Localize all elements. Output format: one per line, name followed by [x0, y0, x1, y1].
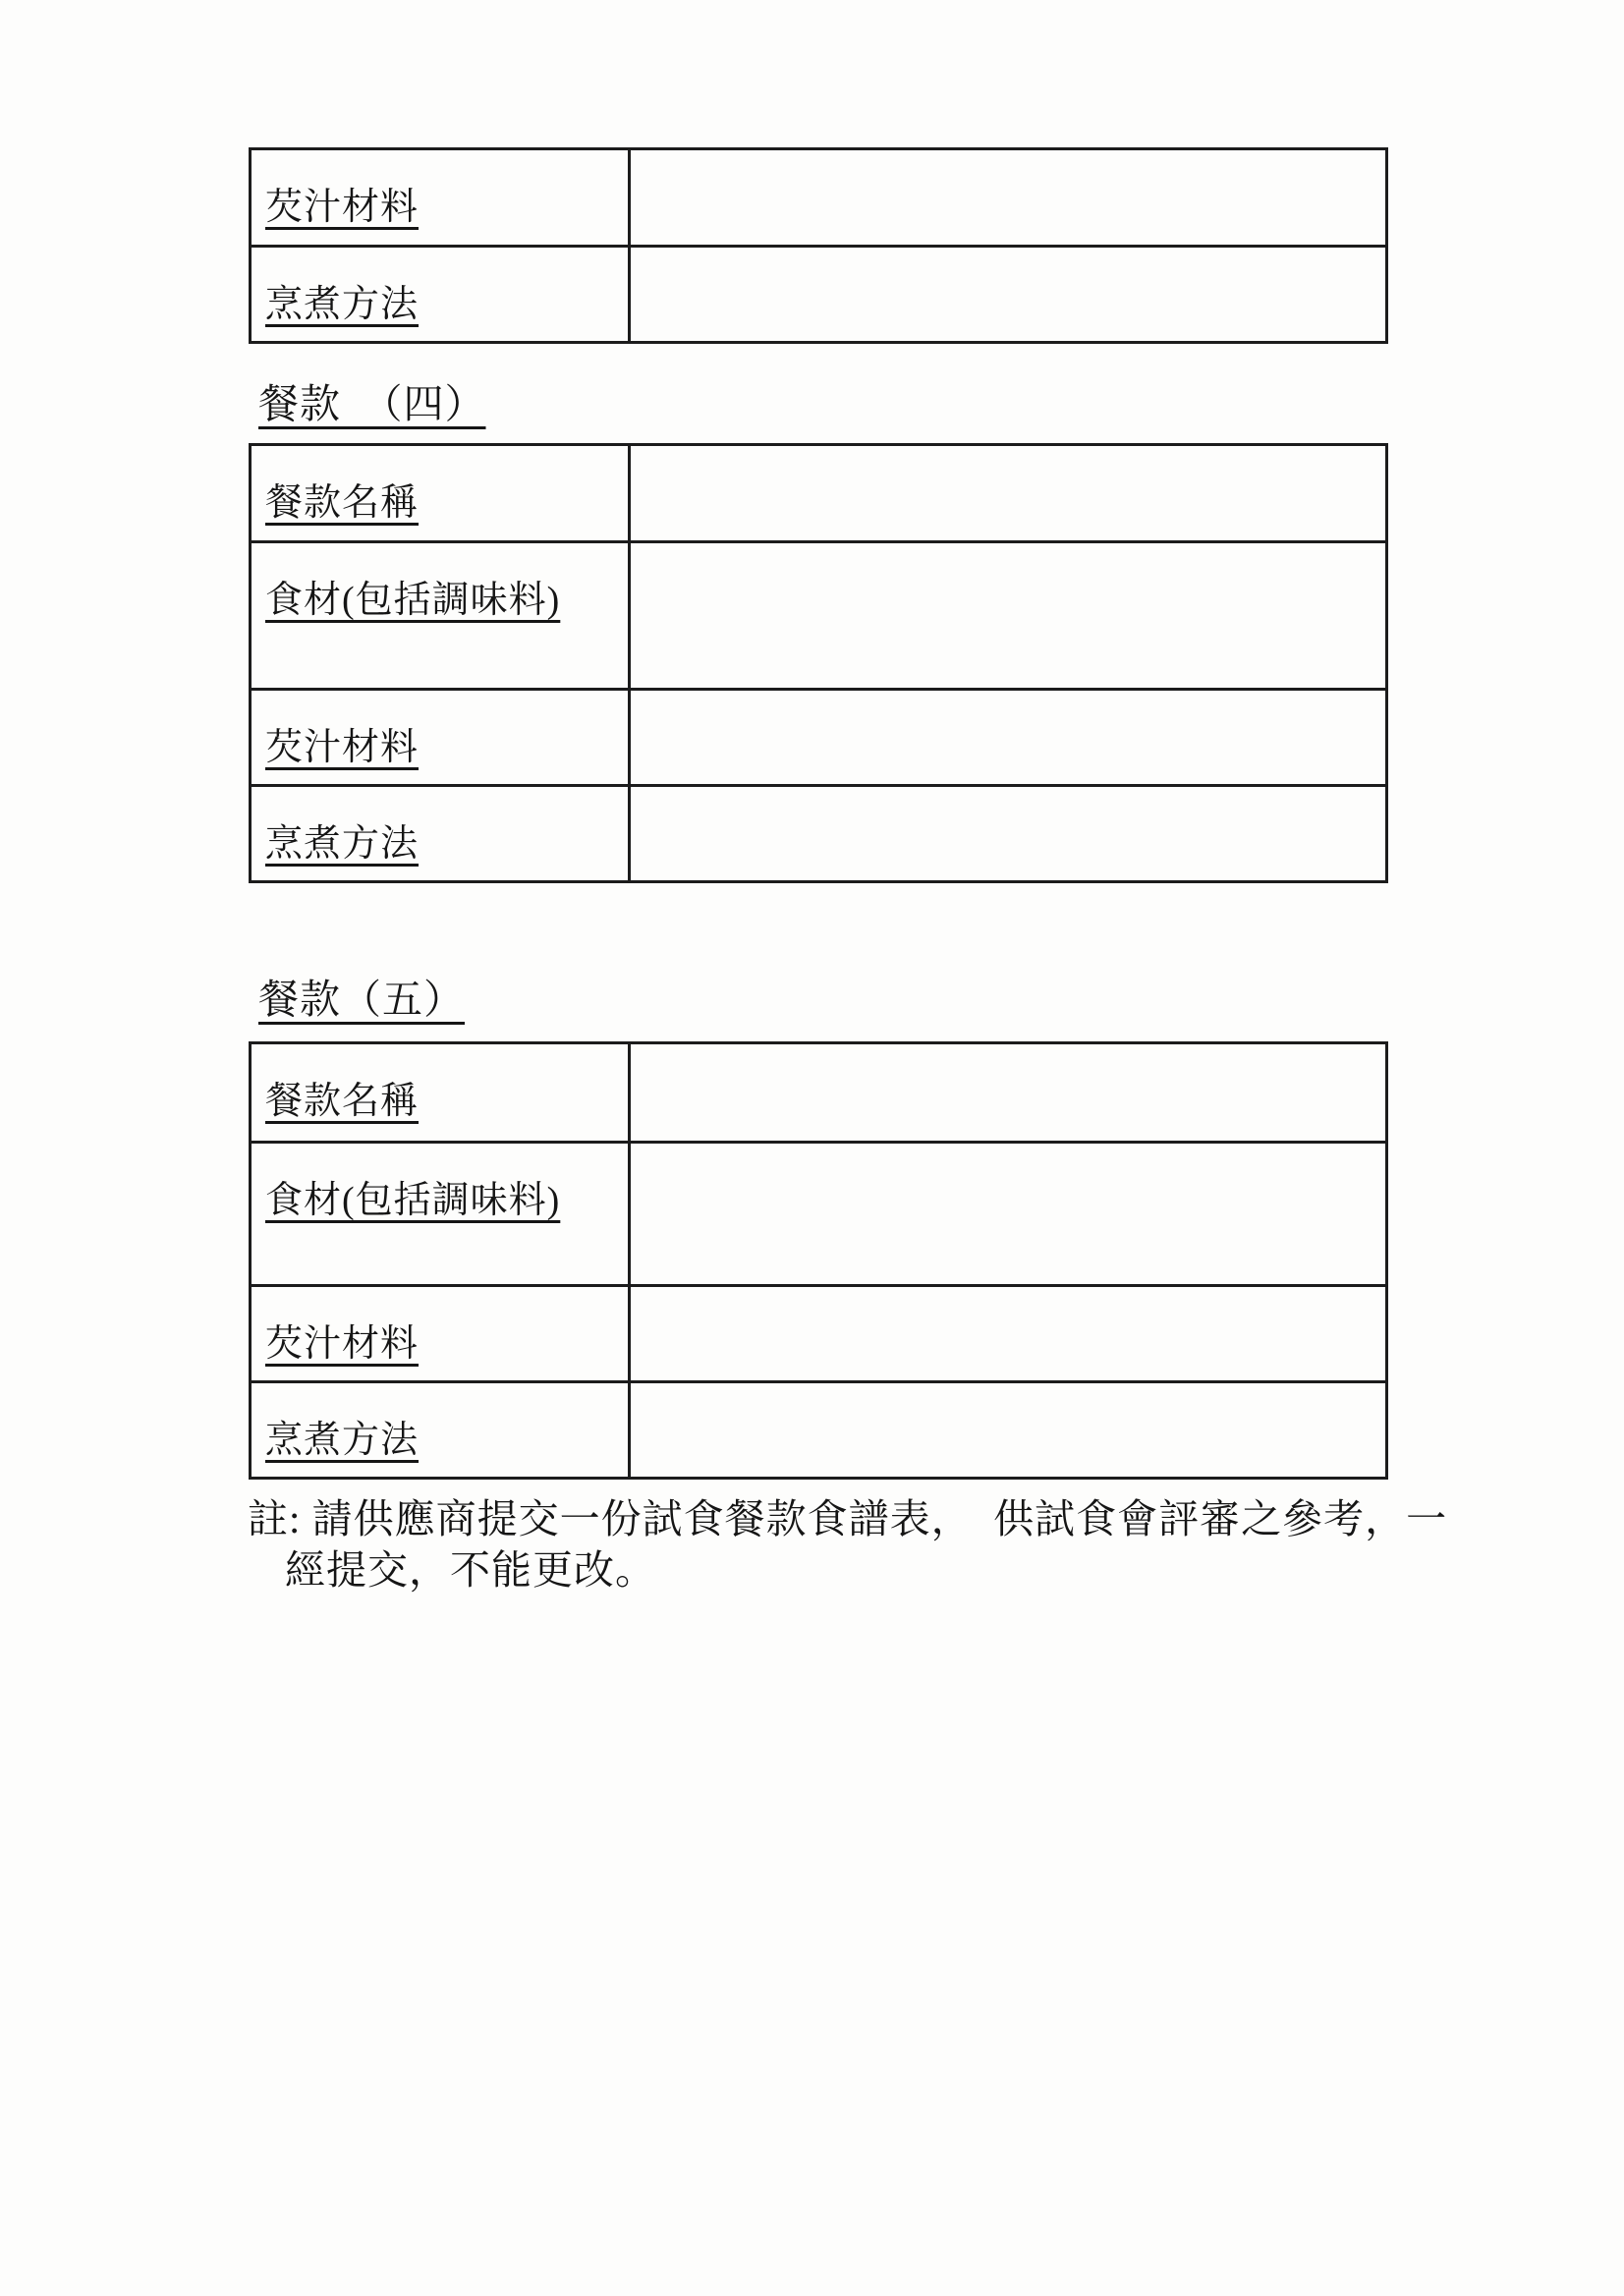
table-row: 餐款名稱 — [252, 1044, 1385, 1141]
scanned-document-page: 芡汁材料 烹煮方法 餐款 （四） 餐款名稱 食材(包括調味料) — [0, 0, 1624, 2296]
row-label: 芡汁材料 — [265, 1323, 419, 1365]
row-label: 烹煮方法 — [265, 1420, 419, 1461]
row-label-cell: 餐款名稱 — [252, 1044, 631, 1141]
table-row: 食材(包括調味料) — [252, 540, 1385, 688]
row-label: 芡汁材料 — [265, 187, 419, 228]
blank-answer-cell — [631, 150, 1385, 245]
table-row: 芡汁材料 — [252, 688, 1385, 784]
blank-answer-cell — [631, 1044, 1385, 1141]
row-label-cell: 芡汁材料 — [252, 150, 631, 245]
row-label-cell: 食材(包括調味料) — [252, 1144, 631, 1284]
section-heading-meal-5: 餐款（五） — [258, 967, 465, 1025]
row-label: 食材(包括調味料) — [265, 1180, 560, 1221]
row-label: 烹煮方法 — [265, 284, 419, 325]
table-row: 食材(包括調味料) — [252, 1141, 1385, 1284]
section-heading-meal-4: 餐款 （四） — [258, 371, 486, 429]
footnote: 註: 請供應商提交一份試食餐款食譜表， 供試食會評審之參考，一 經提交，不能更改… — [248, 1493, 1485, 1596]
table-row: 烹煮方法 — [252, 245, 1385, 341]
row-label: 烹煮方法 — [265, 823, 419, 865]
row-label-cell: 芡汁材料 — [252, 691, 631, 784]
row-label-cell: 烹煮方法 — [252, 248, 631, 341]
table-row: 餐款名稱 — [252, 446, 1385, 540]
blank-answer-cell — [631, 446, 1385, 540]
row-label: 餐款名稱 — [265, 482, 419, 524]
table-row: 烹煮方法 — [252, 1380, 1385, 1477]
row-label-cell: 烹煮方法 — [252, 1383, 631, 1477]
table-row: 芡汁材料 — [252, 1284, 1385, 1380]
recipe-table-meal-4: 餐款名稱 食材(包括調味料) 芡汁材料 烹煮方法 — [249, 443, 1388, 883]
recipe-table-meal-5: 餐款名稱 食材(包括調味料) 芡汁材料 烹煮方法 — [249, 1041, 1388, 1480]
footnote-line-1: 註: 請供應商提交一份試食餐款食譜表， 供試食會評審之參考，一 — [248, 1493, 1485, 1544]
table-row: 芡汁材料 — [252, 150, 1385, 245]
footnote-line-2: 經提交，不能更改。 — [285, 1544, 1485, 1596]
row-label: 食材(包括調味料) — [265, 580, 560, 621]
recipe-table-continued: 芡汁材料 烹煮方法 — [249, 147, 1388, 344]
blank-answer-cell — [631, 1383, 1385, 1477]
row-label-cell: 餐款名稱 — [252, 446, 631, 540]
blank-answer-cell — [631, 787, 1385, 880]
blank-answer-cell — [631, 691, 1385, 784]
row-label: 芡汁材料 — [265, 727, 419, 768]
blank-answer-cell — [631, 543, 1385, 688]
row-label-cell: 芡汁材料 — [252, 1287, 631, 1380]
blank-answer-cell — [631, 248, 1385, 341]
row-label-cell: 烹煮方法 — [252, 787, 631, 880]
blank-answer-cell — [631, 1287, 1385, 1380]
table-row: 烹煮方法 — [252, 784, 1385, 880]
row-label: 餐款名稱 — [265, 1081, 419, 1122]
blank-answer-cell — [631, 1144, 1385, 1284]
row-label-cell: 食材(包括調味料) — [252, 543, 631, 688]
